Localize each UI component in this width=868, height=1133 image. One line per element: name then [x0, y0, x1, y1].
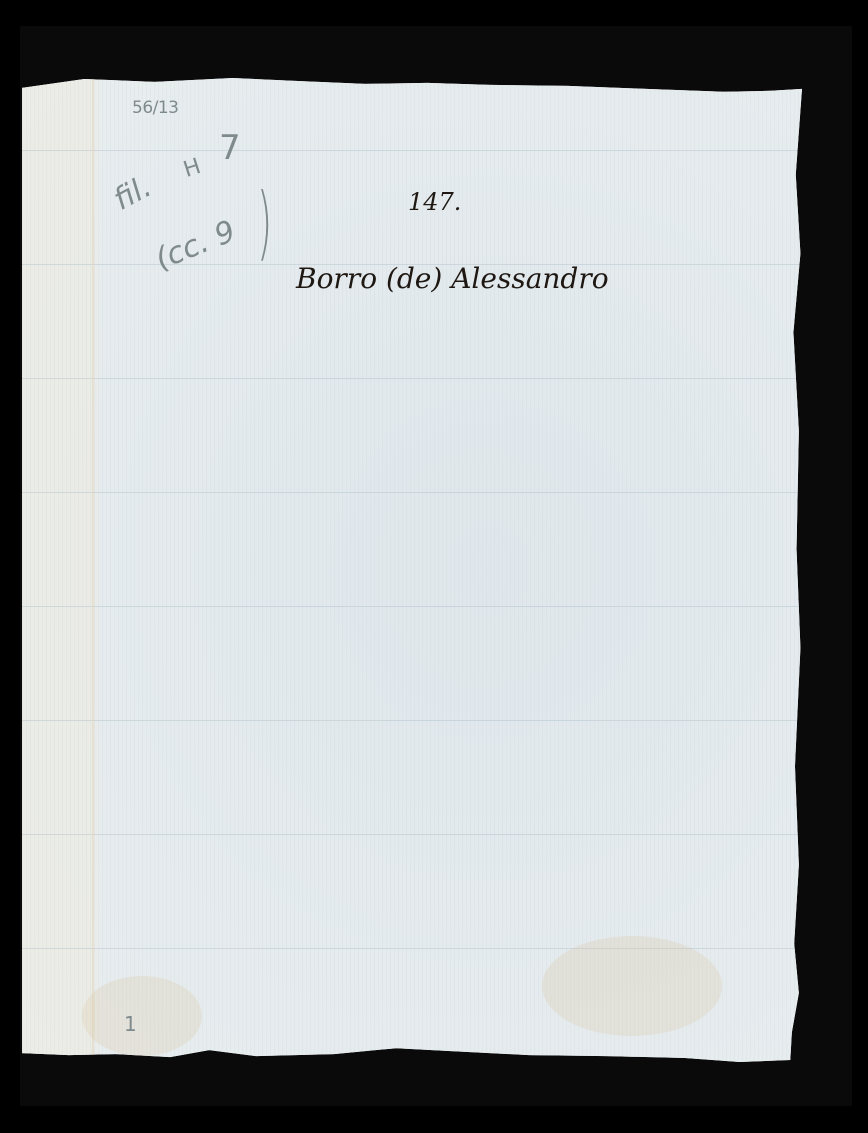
folio-ref-line2: (cc. 9 — [150, 214, 240, 277]
folio-ref-mark-7: 7 — [219, 128, 241, 168]
folio-ref-line1: fil. — [108, 169, 157, 217]
manuscript-page: 56/13 fil. H 7 (cc. 9 ) 147. Borro (de) … — [22, 76, 802, 1062]
fold-line — [92, 76, 94, 1062]
paper-stain — [82, 976, 202, 1056]
folio-reference-annotation: fil. H 7 (cc. 9 ) — [114, 136, 274, 286]
paper-stain — [542, 936, 722, 1036]
entry-number: 147. — [408, 188, 461, 216]
shelfmark-annotation: 56/13 — [132, 98, 179, 118]
folio-ref-mark-h: H — [181, 154, 204, 183]
page-number-mark: 1 — [124, 1012, 137, 1036]
folio-ref-paren: ) — [257, 176, 273, 269]
entry-name: Borro (de) Alessandro — [296, 262, 609, 295]
